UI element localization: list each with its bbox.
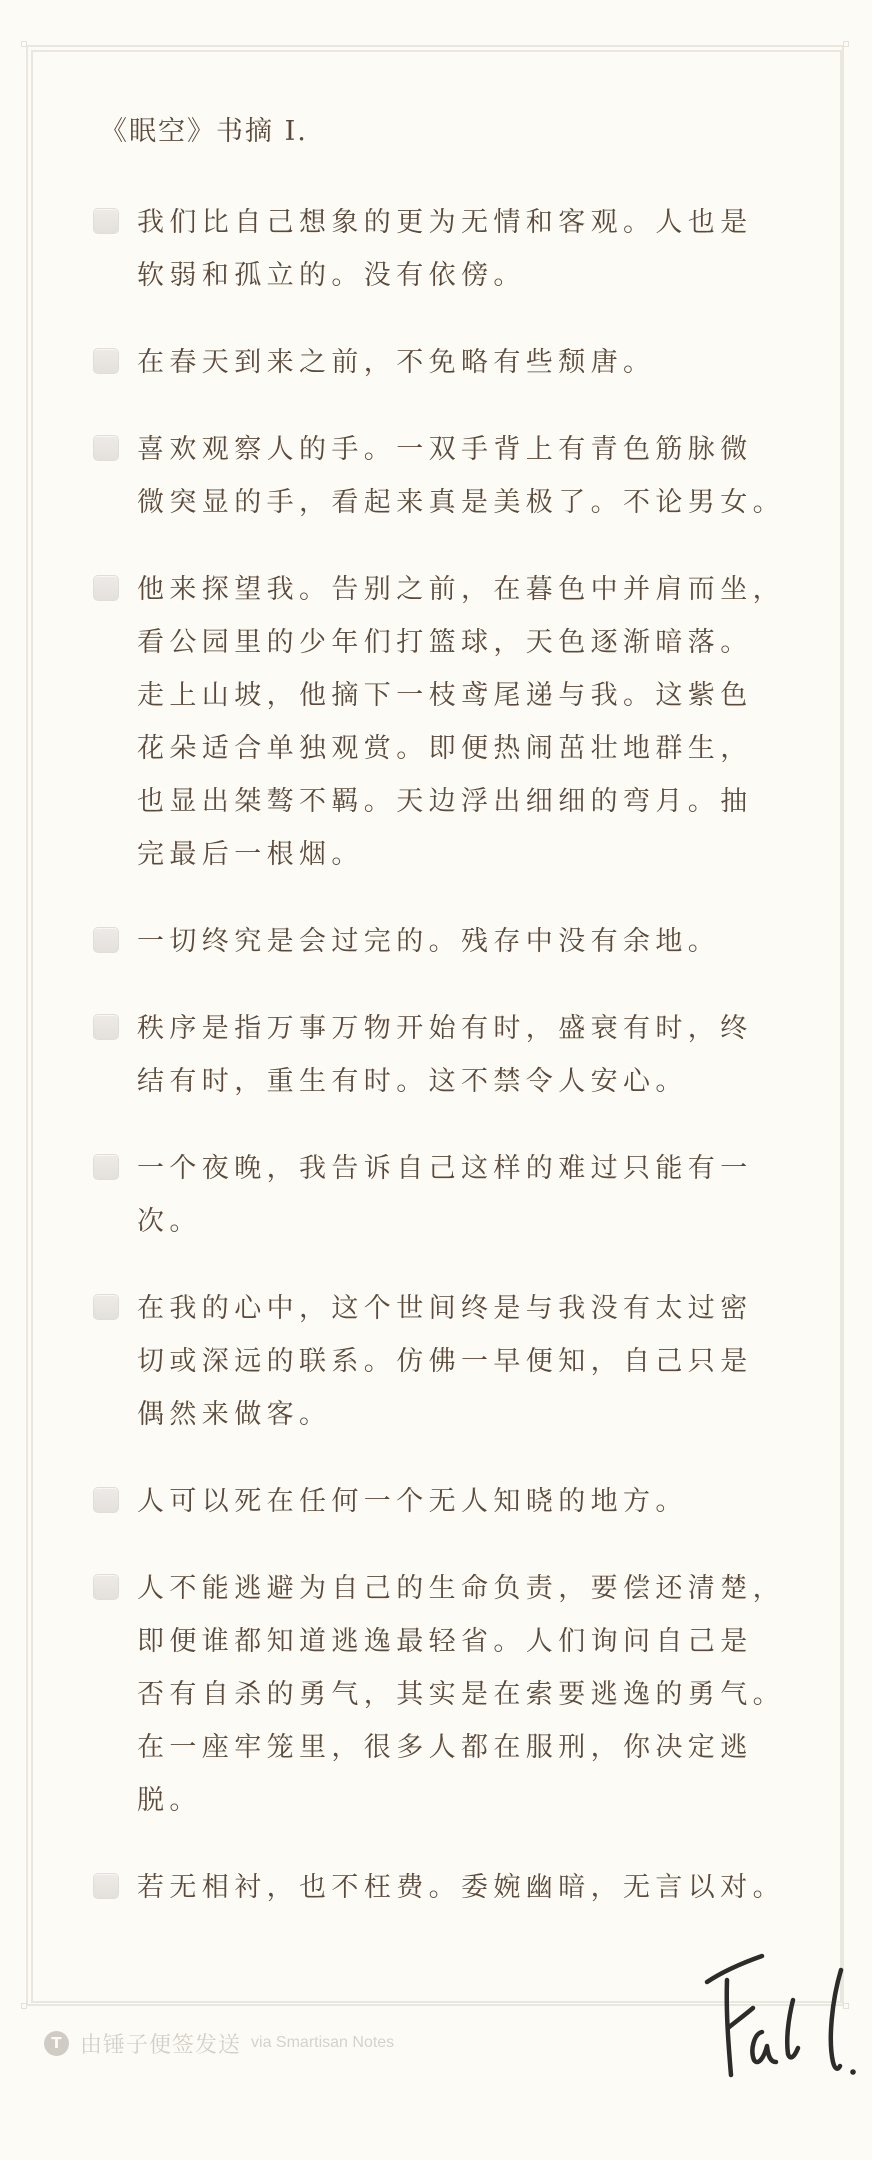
checkbox[interactable] — [93, 348, 119, 374]
checklist-item: 在春天到来之前，不免略有些颓唐。 — [93, 336, 773, 389]
text-line: 即便谁都知道逃逸最轻省。人们询问自己是 — [137, 1615, 785, 1668]
sent-by-label: 由锤子便签发送 — [80, 2028, 241, 2059]
checkbox[interactable] — [93, 208, 119, 234]
text-line: 人不能逃避为自己的生命负责，要偿还清楚， — [137, 1562, 785, 1615]
checklist-item: 人不能逃避为自己的生命负责，要偿还清楚，即便谁都知道逃逸最轻省。人们询问自己是否… — [93, 1562, 773, 1827]
checkbox[interactable] — [93, 435, 119, 461]
checklist-item: 一个夜晚，我告诉自己这样的难过只能有一次。 — [93, 1142, 773, 1248]
note-title: 《眠空》书摘 I. — [100, 112, 308, 152]
text-line: 在春天到来之前，不免略有些颓唐。 — [137, 336, 655, 389]
frame-corner-top-right — [843, 41, 849, 47]
text-line: 也显出桀骜不羁。天边浮出细细的弯月。抽 — [137, 775, 785, 828]
text-line: 结有时，重生有时。这不禁令人安心。 — [137, 1055, 753, 1108]
checklist-item: 人可以死在任何一个无人知晓的地方。 — [93, 1475, 773, 1528]
checkbox[interactable] — [93, 1873, 119, 1899]
text-line: 走上山坡，他摘下一枝鸢尾递与我。这紫色 — [137, 669, 785, 722]
checklist-item: 若无相衬，也不枉费。委婉幽暗，无言以对。 — [93, 1861, 773, 1914]
checklist-item-text: 一切终究是会过完的。残存中没有余地。 — [137, 915, 720, 968]
checklist-item-text: 喜欢观察人的手。一双手背上有青色筋脉微微突显的手，看起来真是美极了。不论男女。 — [137, 423, 785, 529]
checkbox[interactable] — [93, 1294, 119, 1320]
text-line: 我们比自己想象的更为无情和客观。人也是 — [137, 196, 753, 249]
text-line: 他来探望我。告别之前，在暮色中并肩而坐， — [137, 563, 785, 616]
text-line: 在我的心中，这个世间终是与我没有太过密 — [137, 1282, 753, 1335]
checkbox[interactable] — [93, 1154, 119, 1180]
checklist-item-text: 在春天到来之前，不免略有些颓唐。 — [137, 336, 655, 389]
checkbox[interactable] — [93, 1574, 119, 1600]
checklist: 我们比自己想象的更为无情和客观。人也是软弱和孤立的。没有依傍。在春天到来之前，不… — [93, 196, 773, 1948]
frame-corner-top-left — [21, 41, 27, 47]
text-line: 完最后一根烟。 — [137, 828, 785, 881]
checklist-item-text: 在我的心中，这个世间终是与我没有太过密切或深远的联系。仿佛一早便知，自己只是偶然… — [137, 1282, 753, 1441]
checklist-item: 他来探望我。告别之前，在暮色中并肩而坐，看公园里的少年们打篮球，天色逐渐暗落。走… — [93, 563, 773, 881]
checkbox[interactable] — [93, 927, 119, 953]
checklist-item-text: 若无相衬，也不枉费。委婉幽暗，无言以对。 — [137, 1861, 785, 1914]
checkbox[interactable] — [93, 1014, 119, 1040]
smartisan-hammer-icon: T — [44, 2031, 69, 2056]
text-line: 一个夜晚，我告诉自己这样的难过只能有一 — [137, 1142, 753, 1195]
text-line: 偶然来做客。 — [137, 1388, 753, 1441]
text-line: 看公园里的少年们打篮球，天色逐渐暗落。 — [137, 616, 785, 669]
checklist-item-text: 秩序是指万事万物开始有时，盛衰有时，终结有时，重生有时。这不禁令人安心。 — [137, 1002, 753, 1108]
signature-fall: Fall. — [690, 1950, 860, 2080]
checklist-item-text: 人不能逃避为自己的生命负责，要偿还清楚，即便谁都知道逃逸最轻省。人们询问自己是否… — [137, 1562, 785, 1827]
text-line: 人可以死在任何一个无人知晓的地方。 — [137, 1475, 688, 1528]
checklist-item-text: 我们比自己想象的更为无情和客观。人也是软弱和孤立的。没有依傍。 — [137, 196, 753, 302]
checkbox[interactable] — [93, 575, 119, 601]
text-line: 若无相衬，也不枉费。委婉幽暗，无言以对。 — [137, 1861, 785, 1914]
checklist-item: 我们比自己想象的更为无情和客观。人也是软弱和孤立的。没有依傍。 — [93, 196, 773, 302]
text-line: 花朵适合单独观赏。即便热闹茁壮地群生， — [137, 722, 785, 775]
footer: T 由锤子便签发送 via Smartisan Notes — [44, 2028, 394, 2058]
via-label: via Smartisan Notes — [251, 2034, 394, 2052]
frame-corner-bottom-left — [21, 2003, 27, 2009]
checklist-item-text: 人可以死在任何一个无人知晓的地方。 — [137, 1475, 688, 1528]
checklist-item: 秩序是指万事万物开始有时，盛衰有时，终结有时，重生有时。这不禁令人安心。 — [93, 1002, 773, 1108]
text-line: 软弱和孤立的。没有依傍。 — [137, 249, 753, 302]
text-line: 在一座牢笼里，很多人都在服刑，你决定逃 — [137, 1721, 785, 1774]
text-line: 脱。 — [137, 1774, 785, 1827]
text-line: 微突显的手，看起来真是美极了。不论男女。 — [137, 476, 785, 529]
text-line: 一切终究是会过完的。残存中没有余地。 — [137, 915, 720, 968]
text-line: 秩序是指万事万物开始有时，盛衰有时，终 — [137, 1002, 753, 1055]
text-line: 否有自杀的勇气，其实是在索要逃逸的勇气。 — [137, 1668, 785, 1721]
text-line: 次。 — [137, 1195, 753, 1248]
text-line: 喜欢观察人的手。一双手背上有青色筋脉微 — [137, 423, 785, 476]
checklist-item: 在我的心中，这个世间终是与我没有太过密切或深远的联系。仿佛一早便知，自己只是偶然… — [93, 1282, 773, 1441]
checklist-item-text: 他来探望我。告别之前，在暮色中并肩而坐，看公园里的少年们打篮球，天色逐渐暗落。走… — [137, 563, 785, 881]
checklist-item: 喜欢观察人的手。一双手背上有青色筋脉微微突显的手，看起来真是美极了。不论男女。 — [93, 423, 773, 529]
checklist-item-text: 一个夜晚，我告诉自己这样的难过只能有一次。 — [137, 1142, 753, 1248]
checklist-item: 一切终究是会过完的。残存中没有余地。 — [93, 915, 773, 968]
text-line: 切或深远的联系。仿佛一早便知，自己只是 — [137, 1335, 753, 1388]
checkbox[interactable] — [93, 1487, 119, 1513]
